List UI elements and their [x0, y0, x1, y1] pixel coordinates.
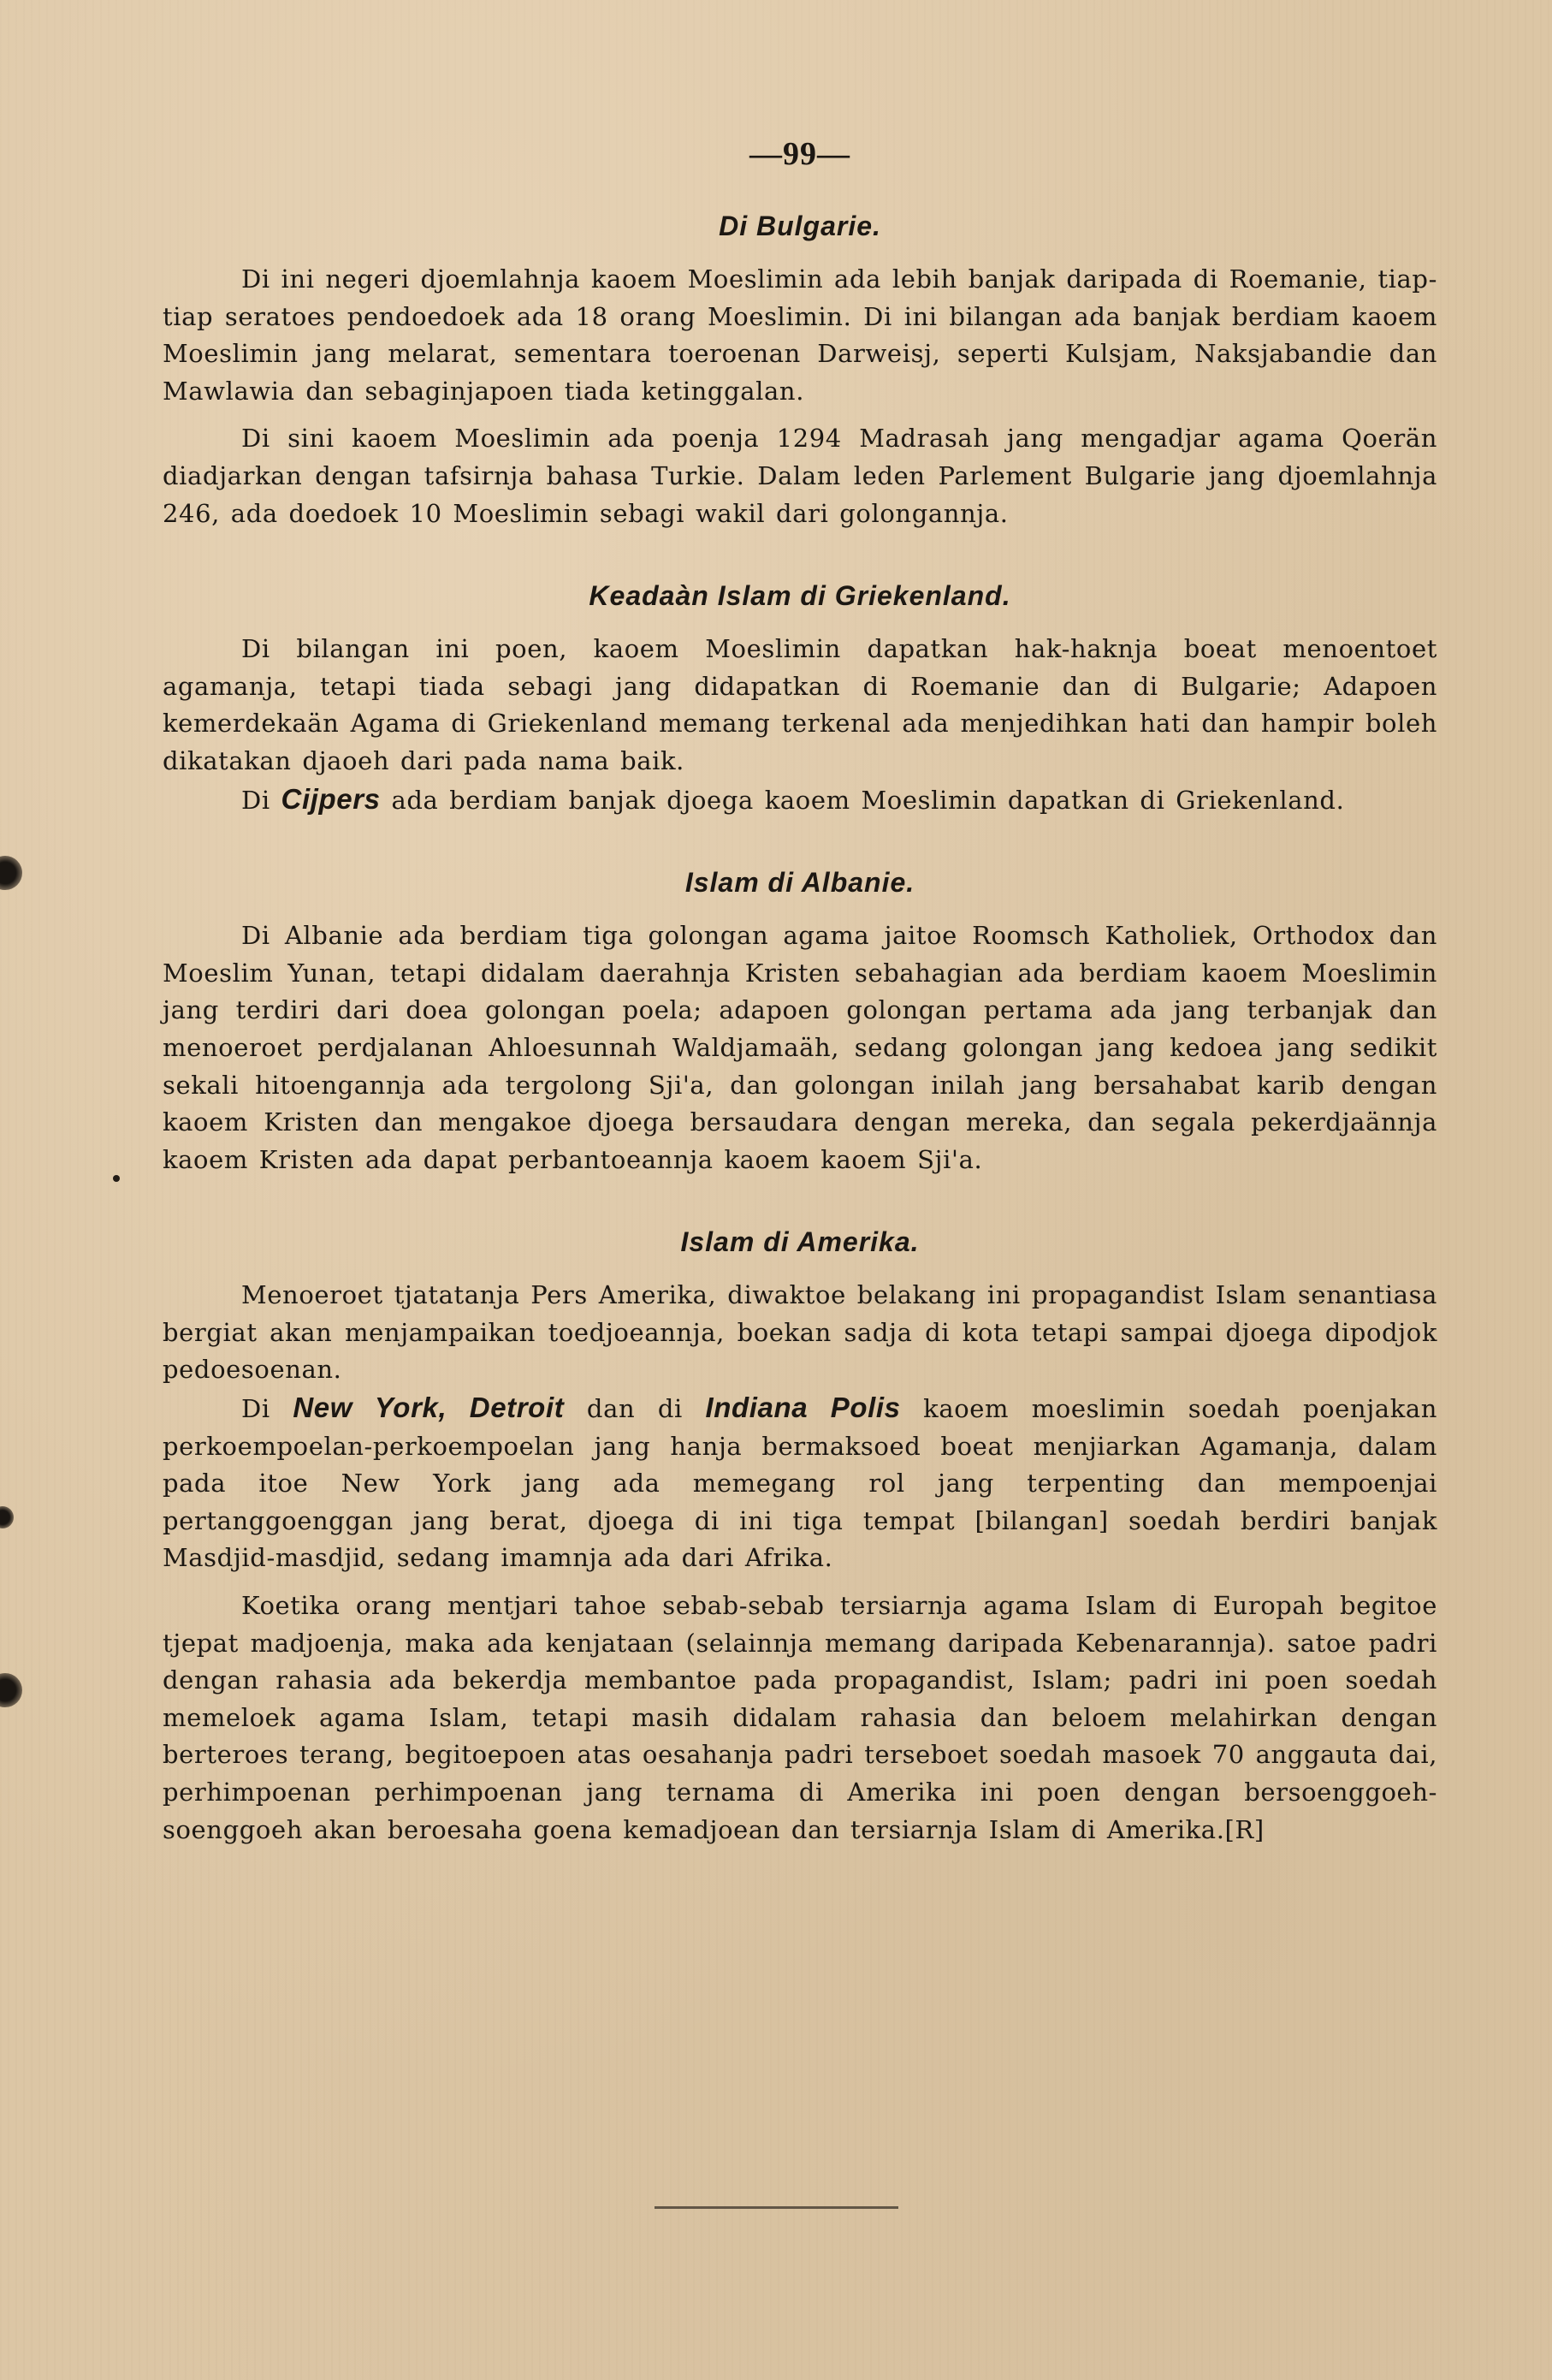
page-content: —99— Di Bulgarie. Di ini negeri djoemlah…	[163, 135, 1437, 1859]
place-name-indiana-polis: Indiana Polis	[705, 1392, 900, 1423]
section-heading-albanie: Islam di Albanie.	[163, 867, 1437, 899]
paragraph: Menoeroet tjatatanja Pers Amerika, diwak…	[163, 1277, 1437, 1389]
paragraph: Di ini negeri djoemlahnja kaoem Moeslimi…	[163, 261, 1437, 410]
end-rule-divider	[655, 2206, 898, 2209]
page-number: —99—	[163, 135, 1437, 173]
paragraph-cities: Di New York, Detroit dan di Indiana Poli…	[163, 1389, 1437, 1577]
text-run: ada berdiam banjak djoega kaoem Moeslimi…	[381, 786, 1345, 815]
text-run: dan di	[564, 1394, 705, 1423]
place-name-new-york-detroit: New York, Detroit	[293, 1392, 564, 1423]
paragraph: Koetika orang mentjari tahoe sebab-sebab…	[163, 1588, 1437, 1849]
binding-hole-mark	[0, 1506, 14, 1528]
scanned-book-page: —99— Di Bulgarie. Di ini negeri djoemlah…	[0, 0, 1552, 2380]
binding-hole-mark	[0, 856, 22, 890]
paragraph-cijpers: Di Cijpers ada berdiam banjak djoega kao…	[163, 780, 1437, 820]
paragraph: Di bilangan ini poen, kaoem Moeslimin da…	[163, 631, 1437, 780]
paragraph: Di Albanie ada berdiam tiga golongan aga…	[163, 917, 1437, 1178]
binding-hole-mark	[0, 1673, 22, 1707]
place-name-cijpers: Cijpers	[281, 783, 381, 815]
paragraph: Di sini kaoem Moeslimin ada poenja 1294 …	[163, 420, 1437, 532]
text-run: Di	[241, 1394, 293, 1423]
ink-speck	[113, 1175, 120, 1182]
section-heading-bulgarie: Di Bulgarie.	[163, 211, 1437, 242]
section-heading-griekenland: Keadaàn Islam di Griekenland.	[163, 580, 1437, 612]
section-heading-amerika: Islam di Amerika.	[163, 1226, 1437, 1258]
text-run: Di	[241, 786, 281, 815]
